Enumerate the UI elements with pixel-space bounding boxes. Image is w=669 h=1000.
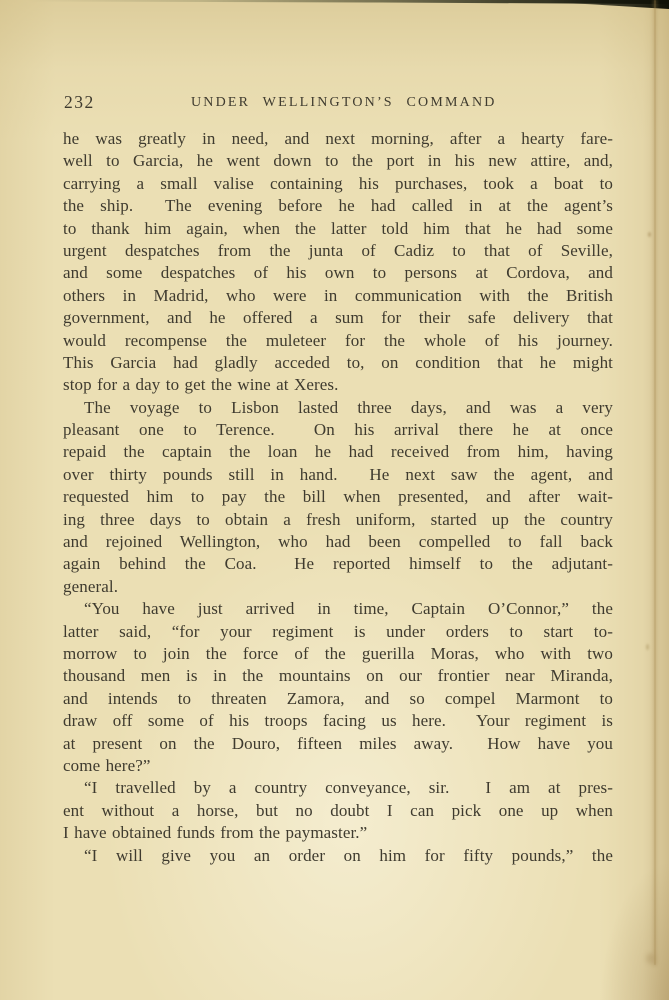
text-line: at present on the Douro, fifteen miles a… [63, 733, 613, 755]
text-line: This Garcia had gladly acceded to, on co… [63, 352, 613, 374]
text-line: government, and he offered a sum for the… [63, 307, 613, 329]
text-line: well to Garcia, he went down to the port… [63, 150, 613, 172]
text-line: urgent despatches from the junta of Cadi… [63, 240, 613, 262]
paragraph: “You have just arrived in time, Captain … [63, 598, 613, 777]
paragraph: The voyage to Lisbon lasted three days, … [63, 397, 613, 599]
text-line: and some despatches of his own to person… [63, 262, 613, 284]
text-line: latter said, “for your regiment is under… [63, 621, 613, 643]
text-line: thousand men is in the mountains on our … [63, 665, 613, 687]
paragraph: he was greatly in need, and next morning… [63, 128, 613, 397]
text-line: others in Madrid, who were in communicat… [63, 285, 613, 307]
paper-speck [648, 232, 651, 237]
book-page: 232 UNDER WELLINGTON’S COMMAND he was gr… [0, 0, 669, 1000]
text-line: and rejoined Wellington, who had been co… [63, 531, 613, 553]
text-line: morrow to join the force of the guerilla… [63, 643, 613, 665]
text-line: pleasant one to Terence. On his arrival … [63, 419, 613, 441]
text-line: general. [63, 576, 613, 598]
text-line: ing three days to obtain a fresh uniform… [63, 509, 613, 531]
text-line: repaid the captain the loan he had recei… [63, 441, 613, 463]
running-title: UNDER WELLINGTON’S COMMAND [191, 95, 497, 111]
text-line: and intends to threaten Zamora, and so c… [63, 688, 613, 710]
text-line: “You have just arrived in time, Captain … [63, 598, 613, 620]
text-line: The voyage to Lisbon lasted three days, … [63, 397, 613, 419]
text-line: to thank him again, when the latter told… [63, 218, 613, 240]
text-line: I have obtained funds from the paymaster… [63, 822, 613, 844]
text-line: over thirty pounds still in hand. He nex… [63, 464, 613, 486]
text-line: “I will give you an order on him for fif… [63, 845, 613, 867]
paper-speck [646, 644, 649, 650]
page-number: 232 [64, 92, 95, 113]
text-line: carrying a small valise containing his p… [63, 173, 613, 195]
bottom-right-corner-shade [599, 860, 669, 1000]
text-line: stop for a day to get the wine at Xeres. [63, 374, 613, 396]
text-line: come here?” [63, 755, 613, 777]
text-line: ent without a horse, but no doubt I can … [63, 800, 613, 822]
text-line: draw off some of his troops facing us he… [63, 710, 613, 732]
page-body: he was greatly in need, and next morning… [63, 128, 613, 867]
text-line: would recompense the muleteer for the wh… [63, 330, 613, 352]
paragraph: “I travelled by a country conveyance, si… [63, 777, 613, 844]
page-edge-crease [654, 0, 656, 965]
page-header: 232 UNDER WELLINGTON’S COMMAND [63, 92, 613, 114]
text-line: he was greatly in need, and next morning… [63, 128, 613, 150]
scan-top-right-corner-shadow [549, 0, 669, 9]
text-line: requested him to pay the bill when prese… [63, 486, 613, 508]
paper-speck [646, 953, 655, 964]
text-line: “I travelled by a country conveyance, si… [63, 777, 613, 799]
text-line: again behind the Coa. He reported himsel… [63, 553, 613, 575]
text-line: the ship. The evening before he had call… [63, 195, 613, 217]
paragraph: “I will give you an order on him for fif… [63, 845, 613, 867]
